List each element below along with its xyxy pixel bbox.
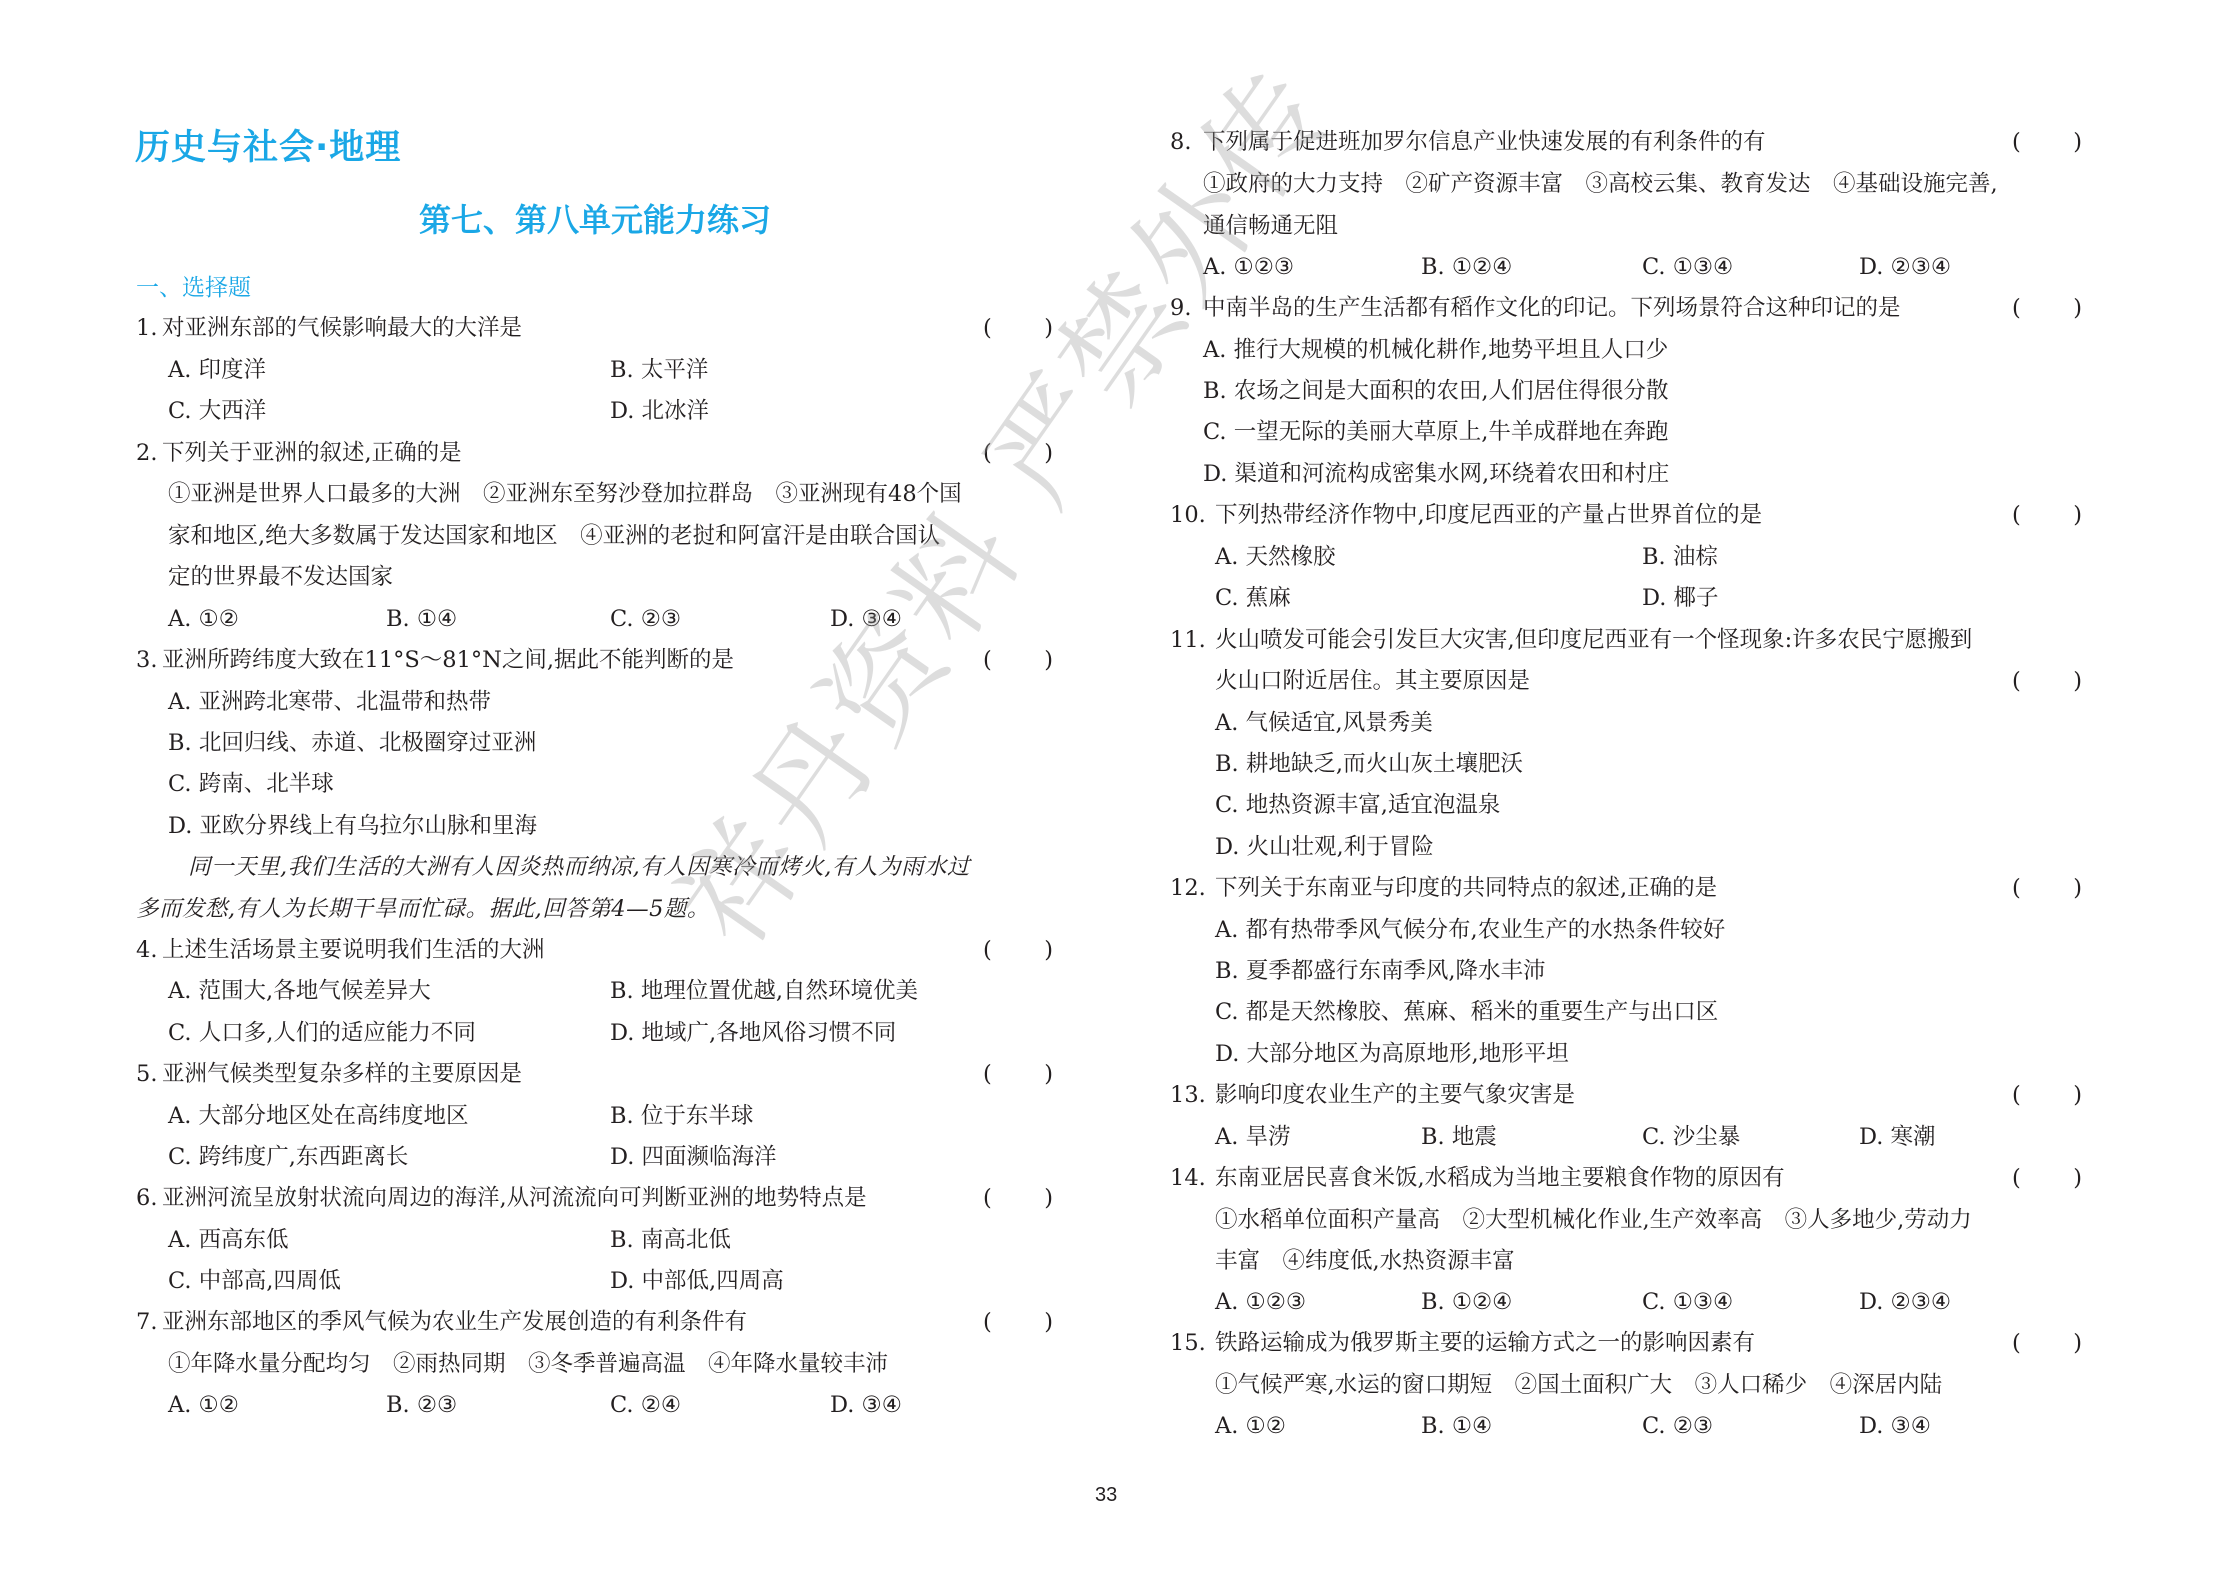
option-c: C. 地热资源丰富,适宜泡温泉 <box>1215 789 1500 821</box>
answer-bracket[interactable]: () <box>983 1058 1053 1090</box>
option-d: D. 大部分地区为高原地形,地形平坦 <box>1215 1038 1569 1070</box>
answer-bracket[interactable]: () <box>983 644 1053 676</box>
question-number: 8. <box>1170 126 1191 158</box>
option-b: B. 南高北低 <box>610 1224 731 1256</box>
question-number: 9. <box>1170 292 1191 324</box>
answer-bracket[interactable]: () <box>2012 1162 2082 1194</box>
option-b: B. ②③ <box>386 1389 457 1421</box>
option-b: B. 夏季都盛行东南季风,降水丰沛 <box>1215 955 1546 987</box>
page-number: 33 <box>1095 1484 1117 1507</box>
question-number: 7. <box>136 1306 157 1338</box>
option-c: C. ①③④ <box>1642 1286 1733 1318</box>
option-a: A. 西高东低 <box>168 1224 289 1256</box>
answer-bracket[interactable]: () <box>2012 292 2082 324</box>
answer-bracket[interactable]: () <box>983 312 1053 344</box>
option-d: D. ③④ <box>830 603 902 635</box>
option-a: A. 旱涝 <box>1215 1121 1291 1153</box>
option-c: C. 沙尘暴 <box>1642 1121 1740 1153</box>
option-d: D. 北冰洋 <box>610 395 709 427</box>
option-b: B. 位于东半球 <box>610 1100 753 1132</box>
option-a: A. 天然橡胶 <box>1215 541 1336 573</box>
statement-line: ①年降水量分配均匀 ②雨热同期 ③冬季普遍高温 ④年降水量较丰沛 <box>168 1348 888 1380</box>
answer-bracket[interactable]: () <box>2012 1079 2082 1111</box>
question-stem: 下列属于促进班加罗尔信息产业快速发展的有利条件的有 <box>1203 126 1766 158</box>
question-number: 11. <box>1170 624 1206 656</box>
reading-passage: 同一天里,我们生活的大洲有人因炎热而纳凉,有人因寒冷而烤火,有人为雨水过 <box>188 851 970 883</box>
option-b: B. ①②④ <box>1421 251 1512 283</box>
option-b: B. 太平洋 <box>610 354 708 386</box>
answer-bracket[interactable]: () <box>2012 665 2082 697</box>
question-stem: 铁路运输成为俄罗斯主要的运输方式之一的影响因素有 <box>1215 1327 1755 1359</box>
option-b: B. ①②④ <box>1421 1286 1512 1318</box>
option-d: D. 渠道和河流构成密集水网,环绕着农田和村庄 <box>1203 458 1669 490</box>
question-number: 4. <box>136 934 157 966</box>
question-stem: 中南半岛的生产生活都有稻作文化的印记。下列场景符合这种印记的是 <box>1203 292 1901 324</box>
option-c: C. ①③④ <box>1642 251 1733 283</box>
answer-bracket[interactable]: () <box>983 437 1053 469</box>
option-d: D. 四面濒临海洋 <box>610 1141 777 1173</box>
option-a: A. 推行大规模的机械化耕作,地势平坦且人口少 <box>1203 334 1668 366</box>
option-b: B. 地理位置优越,自然环境优美 <box>610 975 918 1007</box>
question-number: 2. <box>136 437 157 469</box>
answer-bracket[interactable]: () <box>2012 126 2082 158</box>
question-number: 6. <box>136 1182 157 1214</box>
option-d: D. ②③④ <box>1859 251 1951 283</box>
option-a: A. ①② <box>168 1389 239 1421</box>
option-c: C. 中部高,四周低 <box>168 1265 341 1297</box>
statement-line: ①水稻单位面积产量高 ②大型机械化作业,生产效率高 ③人多地少,劳动力 <box>1215 1204 1972 1236</box>
question-stem: 亚洲河流呈放射状流向周边的海洋,从河流流向可判断亚洲的地势特点是 <box>162 1182 867 1214</box>
option-a: A. 大部分地区处在高纬度地区 <box>168 1100 469 1132</box>
option-a: A. 范围大,各地气候差异大 <box>168 975 431 1007</box>
answer-bracket[interactable]: () <box>983 1306 1053 1338</box>
section-heading: 一、选择题 <box>136 272 251 304</box>
option-d: D. 寒潮 <box>1859 1121 1936 1153</box>
option-d: D. ③④ <box>1859 1410 1931 1442</box>
answer-bracket[interactable]: () <box>2012 1327 2082 1359</box>
option-b: B. ①④ <box>386 603 457 635</box>
option-c: C. 人口多,人们的适应能力不同 <box>168 1017 476 1049</box>
question-number: 15. <box>1170 1327 1206 1359</box>
option-c: C. 跨南、北半球 <box>168 768 334 800</box>
question-number: 3. <box>136 644 157 676</box>
option-c: C. ②③ <box>1642 1410 1713 1442</box>
option-b: B. 油棕 <box>1642 541 1718 573</box>
option-c: C. 一望无际的美丽大草原上,牛羊成群地在奔跑 <box>1203 416 1668 448</box>
exam-page: 历史与社会·地理 第七、第八单元能力练习 一、选择题 1. 对亚洲东部的气候影响… <box>0 0 2220 1571</box>
question-stem: 下列热带经济作物中,印度尼西亚的产量占世界首位的是 <box>1215 499 1762 531</box>
statement-line: 通信畅通无阻 <box>1203 210 1338 242</box>
option-a: A. 印度洋 <box>168 354 266 386</box>
question-number: 1. <box>136 312 157 344</box>
statement-line: 定的世界最不发达国家 <box>168 561 393 593</box>
question-stem: 亚洲东部地区的季风气候为农业生产发展创造的有利条件有 <box>162 1306 747 1338</box>
option-b: B. ①④ <box>1421 1410 1492 1442</box>
question-stem: 下列关于亚洲的叙述,正确的是 <box>162 437 462 469</box>
option-c: C. 大西洋 <box>168 395 266 427</box>
answer-bracket[interactable]: () <box>983 1182 1053 1214</box>
statement-line: ①气候严寒,水运的窗口期短 ②国土面积广大 ③人口稀少 ④深居内陆 <box>1215 1369 1942 1401</box>
option-a: A. 都有热带季风气候分布,农业生产的水热条件较好 <box>1215 914 1725 946</box>
statement-line: ①政府的大力支持 ②矿产资源丰富 ③高校云集、教育发达 ④基础设施完善, <box>1203 168 1998 200</box>
question-stem: 下列关于东南亚与印度的共同特点的叙述,正确的是 <box>1215 872 1717 904</box>
statement-line: 家和地区,绝大多数属于发达国家和地区 ④亚洲的老挝和阿富汗是由联合国认 <box>168 520 940 552</box>
option-a: A. ①②③ <box>1203 251 1294 283</box>
statement-line: 丰富 ④纬度低,水热资源丰富 <box>1215 1245 1515 1277</box>
option-b: B. 北回归线、赤道、北极圈穿过亚洲 <box>168 727 536 759</box>
option-d: D. 椰子 <box>1642 582 1719 614</box>
option-a: A. ①②③ <box>1215 1286 1306 1318</box>
question-stem: 上述生活场景主要说明我们生活的大洲 <box>162 934 545 966</box>
answer-bracket[interactable]: () <box>983 934 1053 966</box>
answer-bracket[interactable]: () <box>2012 499 2082 531</box>
reading-passage: 多而发愁,有人为长期干旱而忙碌。据此,回答第4—5题。 <box>136 893 710 925</box>
question-number: 13. <box>1170 1079 1206 1111</box>
subject-title: 历史与社会·地理 <box>135 124 401 172</box>
option-a: A. ①② <box>1215 1410 1286 1442</box>
question-stem: 对亚洲东部的气候影响最大的大洋是 <box>162 312 522 344</box>
option-b: B. 耕地缺乏,而火山灰土壤肥沃 <box>1215 748 1523 780</box>
option-d: D. 中部低,四周高 <box>610 1265 784 1297</box>
answer-bracket[interactable]: () <box>2012 872 2082 904</box>
question-stem: 亚洲气候类型复杂多样的主要原因是 <box>162 1058 522 1090</box>
question-number: 5. <box>136 1058 157 1090</box>
option-d: D. 地域广,各地风俗习惯不同 <box>610 1017 896 1049</box>
option-c: C. 跨纬度广,东西距离长 <box>168 1141 408 1173</box>
option-c: C. ②③ <box>610 603 681 635</box>
option-b: B. 农场之间是大面积的农田,人们居住得很分散 <box>1203 375 1669 407</box>
option-d: D. 亚欧分界线上有乌拉尔山脉和里海 <box>168 810 537 842</box>
option-c: C. 蕉麻 <box>1215 582 1291 614</box>
option-a: A. ①② <box>168 603 239 635</box>
unit-title: 第七、第八单元能力练习 <box>0 196 1190 244</box>
option-c: C. 都是天然橡胶、蕉麻、稻米的重要生产与出口区 <box>1215 996 1718 1028</box>
question-stem: 亚洲所跨纬度大致在11°S～81°N之间,据此不能判断的是 <box>162 644 734 676</box>
option-a: A. 气候适宜,风景秀美 <box>1215 707 1433 739</box>
option-d: D. ②③④ <box>1859 1286 1951 1318</box>
statement-line: ①亚洲是世界人口最多的大洲 ②亚洲东至努沙登加拉群岛 ③亚洲现有48个国 <box>168 478 962 510</box>
question-number: 10. <box>1170 499 1206 531</box>
question-stem: 火山喷发可能会引发巨大灾害,但印度尼西亚有一个怪现象:许多农民宁愿搬到 <box>1215 624 1972 656</box>
option-b: B. 地震 <box>1421 1121 1497 1153</box>
option-d: D. ③④ <box>830 1389 902 1421</box>
question-stem: 影响印度农业生产的主要气象灾害是 <box>1215 1079 1575 1111</box>
question-number: 12. <box>1170 872 1206 904</box>
question-stem-continued: 火山口附近居住。其主要原因是 <box>1215 665 1530 697</box>
option-c: C. ②④ <box>610 1389 681 1421</box>
option-d: D. 火山壮观,利于冒险 <box>1215 831 1434 863</box>
option-a: A. 亚洲跨北寒带、北温带和热带 <box>168 686 491 718</box>
question-number: 14. <box>1170 1162 1206 1194</box>
question-stem: 东南亚居民喜食米饭,水稻成为当地主要粮食作物的原因有 <box>1215 1162 1785 1194</box>
